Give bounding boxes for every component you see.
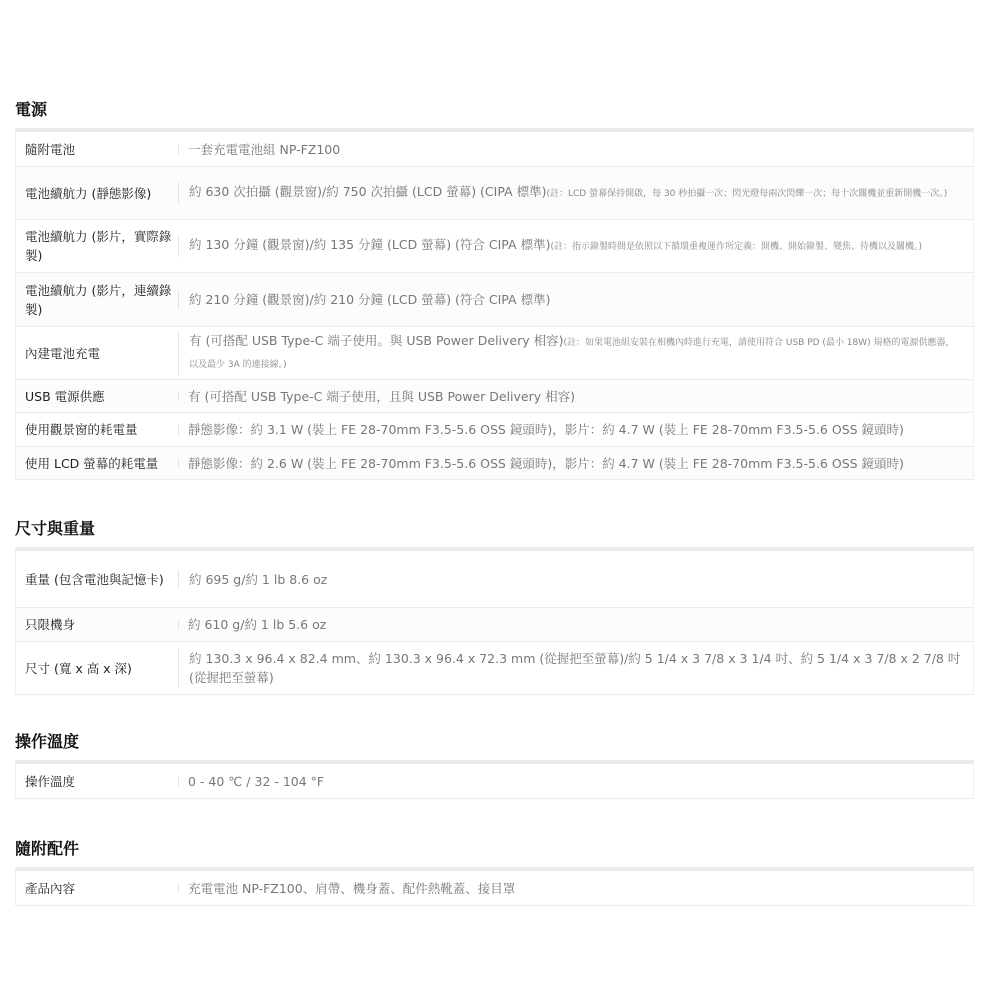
spec-row: 使用 LCD 螢幕的耗電量 靜態影像：約 2.6 W (裝上 FE 28-70m… — [16, 446, 973, 479]
spec-value-text: 有 (可搭配 USB Type-C 端子使用，且與 USB Power Deli… — [188, 389, 575, 404]
spec-value-text: 靜態影像：約 3.1 W (裝上 FE 28-70mm F3.5-5.6 OSS… — [188, 422, 904, 437]
spec-table-accessories: 產品內容 充電電池 NP-FZ100、肩帶、機身蓋、配件熱靴蓋、接目罩 — [15, 867, 974, 906]
section-title-size-weight: 尺寸與重量 — [15, 518, 95, 540]
spec-row: 電池續航力 (影片，實際錄製) 約 130 分鐘 (觀景窗)/約 135 分鐘 … — [16, 219, 973, 272]
spec-row: 使用觀景窗的耗電量 靜態影像：約 3.1 W (裝上 FE 28-70mm F3… — [16, 412, 973, 446]
spec-value-text: 約 630 次拍攝 (觀景窗)/約 750 次拍攝 (LCD 螢幕) (CIPA… — [189, 184, 546, 199]
spec-value-text: 約 695 g/約 1 lb 8.6 oz — [189, 572, 327, 587]
spec-label: 電池續航力 (影片，實際錄製) — [16, 227, 178, 265]
spec-label: 操作溫度 — [16, 772, 178, 791]
spec-value-text: 約 130.3 x 96.4 x 82.4 mm、約 130.3 x 96.4 … — [189, 651, 960, 685]
spec-row: 內建電池充電 有 (可搭配 USB Type-C 端子使用。與 USB Powe… — [16, 326, 973, 379]
spec-note: (註：LCD 螢幕保持開啟，每 30 秒拍攝一次；閃光燈每兩次閃爍一次；每十次關… — [546, 189, 947, 199]
spec-value-text: 約 130 分鐘 (觀景窗)/約 135 分鐘 (LCD 螢幕) (符合 CIP… — [189, 237, 550, 252]
spec-value: 約 630 次拍攝 (觀景窗)/約 750 次拍攝 (LCD 螢幕) (CIPA… — [178, 182, 973, 204]
spec-value: 有 (可搭配 USB Type-C 端子使用，且與 USB Power Deli… — [178, 387, 973, 406]
section-title-power: 電源 — [15, 99, 47, 121]
spec-label: USB 電源供應 — [16, 387, 178, 406]
spec-value: 靜態影像：約 3.1 W (裝上 FE 28-70mm F3.5-5.6 OSS… — [178, 420, 973, 439]
spec-label: 內建電池充電 — [16, 344, 178, 363]
spec-row: 重量 (包含電池與記憶卡) 約 695 g/約 1 lb 8.6 oz — [16, 551, 973, 607]
spec-row: 只限機身 約 610 g/約 1 lb 5.6 oz — [16, 607, 973, 641]
spec-value-text: 約 210 分鐘 (觀景窗)/約 210 分鐘 (LCD 螢幕) (符合 CIP… — [189, 292, 550, 307]
spec-value-text: 約 610 g/約 1 lb 5.6 oz — [188, 617, 326, 632]
spec-value: 靜態影像：約 2.6 W (裝上 FE 28-70mm F3.5-5.6 OSS… — [178, 454, 973, 473]
spec-value: 約 210 分鐘 (觀景窗)/約 210 分鐘 (LCD 螢幕) (符合 CIP… — [178, 290, 973, 309]
spec-label: 尺寸 (寬 x 高 x 深) — [16, 659, 178, 678]
spec-value: 約 695 g/約 1 lb 8.6 oz — [178, 570, 973, 589]
spec-value: 約 610 g/約 1 lb 5.6 oz — [178, 615, 973, 634]
spec-label: 重量 (包含電池與記憶卡) — [16, 570, 178, 589]
spec-table-operating-temperature: 操作溫度 0 - 40 ℃ / 32 - 104 °F — [15, 760, 974, 799]
spec-row: 操作溫度 0 - 40 ℃ / 32 - 104 °F — [16, 764, 973, 798]
spec-value-text: 靜態影像：約 2.6 W (裝上 FE 28-70mm F3.5-5.6 OSS… — [188, 456, 904, 471]
spec-value-text: 0 - 40 ℃ / 32 - 104 °F — [188, 774, 324, 789]
spec-value: 充電電池 NP-FZ100、肩帶、機身蓋、配件熱靴蓋、接目罩 — [178, 879, 973, 898]
spec-row: 電池續航力 (影片，連續錄製) 約 210 分鐘 (觀景窗)/約 210 分鐘 … — [16, 272, 973, 326]
spec-value-text: 一套充電電池組 NP-FZ100 — [188, 142, 340, 157]
spec-row: 電池續航力 (靜態影像) 約 630 次拍攝 (觀景窗)/約 750 次拍攝 (… — [16, 166, 973, 219]
spec-row: 產品內容 充電電池 NP-FZ100、肩帶、機身蓋、配件熱靴蓋、接目罩 — [16, 871, 973, 905]
spec-value: 有 (可搭配 USB Type-C 端子使用。與 USB Power Deliv… — [178, 331, 973, 375]
spec-row: USB 電源供應 有 (可搭配 USB Type-C 端子使用，且與 USB P… — [16, 379, 973, 412]
spec-value: 約 130.3 x 96.4 x 82.4 mm、約 130.3 x 96.4 … — [178, 649, 973, 687]
spec-note: (註：指示錄製時間是依照以下循環重複運作所定義：開機、開始錄製、變焦、待機以及關… — [550, 242, 922, 252]
spec-label: 電池續航力 (靜態影像) — [16, 184, 178, 203]
spec-label: 產品內容 — [16, 879, 178, 898]
spec-value-text: 充電電池 NP-FZ100、肩帶、機身蓋、配件熱靴蓋、接目罩 — [188, 881, 515, 896]
spec-label: 使用 LCD 螢幕的耗電量 — [16, 454, 178, 473]
spec-label: 隨附電池 — [16, 140, 178, 159]
spec-row: 尺寸 (寬 x 高 x 深) 約 130.3 x 96.4 x 82.4 mm、… — [16, 641, 973, 694]
section-title-operating-temperature: 操作溫度 — [15, 731, 79, 753]
spec-table-power: 隨附電池 一套充電電池組 NP-FZ100 電池續航力 (靜態影像) 約 630… — [15, 128, 974, 480]
spec-table-size-weight: 重量 (包含電池與記憶卡) 約 695 g/約 1 lb 8.6 oz 只限機身… — [15, 547, 974, 695]
spec-row: 隨附電池 一套充電電池組 NP-FZ100 — [16, 132, 973, 166]
spec-label: 使用觀景窗的耗電量 — [16, 420, 178, 439]
spec-label: 電池續航力 (影片，連續錄製) — [16, 281, 178, 319]
spec-value: 一套充電電池組 NP-FZ100 — [178, 140, 973, 159]
spec-label: 只限機身 — [16, 615, 178, 634]
spec-value: 0 - 40 ℃ / 32 - 104 °F — [178, 772, 973, 791]
spec-value-text: 有 (可搭配 USB Type-C 端子使用。與 USB Power Deliv… — [189, 333, 564, 348]
section-title-accessories: 隨附配件 — [15, 838, 79, 860]
spec-value: 約 130 分鐘 (觀景窗)/約 135 分鐘 (LCD 螢幕) (符合 CIP… — [178, 235, 973, 257]
